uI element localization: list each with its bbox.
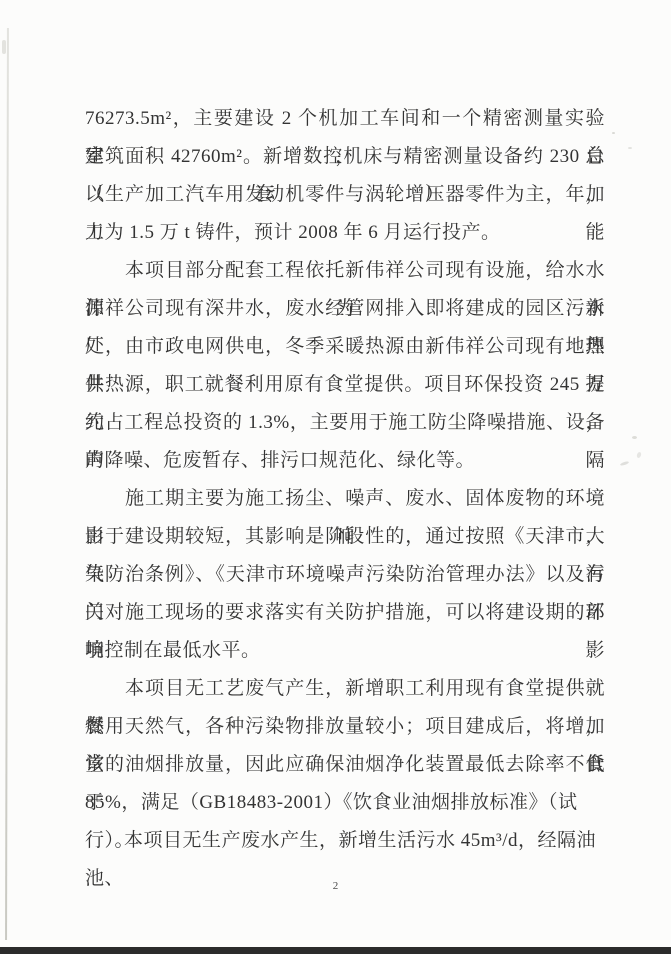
scan-speckle xyxy=(636,451,642,458)
text-line: 染防治条例》、《天津市环境噪声污染防治管理办法》以及有关部 xyxy=(85,556,605,594)
text-line: 伟祥公司现有深井水，废水经管网排入即将建成的园区污水处理 xyxy=(85,290,605,328)
text-line: 堂的油烟排放量，因此应确保油烟净化装置最低去除率不低于 xyxy=(85,746,605,784)
scan-edge-line xyxy=(5,28,9,940)
text-line: 建筑面积 42760m²。新增数控机床与精密测量设备约 230 台（套）， xyxy=(85,138,605,176)
scan-speckle xyxy=(612,132,615,134)
text-line: 以生产加工汽车用发动机零件与涡轮增压器零件为主，年加工能 xyxy=(85,176,605,214)
text-line: 85%，满足（GB18483-2001）《饮食业油烟排放标准》（试行）。 xyxy=(85,784,605,822)
body-text: 76273.5m²，主要建设 2 个机加工车间和一个精密测量实验室，总 建筑面积… xyxy=(85,100,605,860)
page-number: 2 xyxy=(0,880,671,892)
text-line: 厂，由市政电网供电，冬季采暖热源由新伟祥公司现有地热井提 xyxy=(85,328,605,366)
text-line: 76273.5m²，主要建设 2 个机加工车间和一个精密测量实验室，总 xyxy=(85,100,605,138)
scan-speckle xyxy=(632,436,637,439)
scan-speckle xyxy=(620,461,629,467)
document-page: 76273.5m²，主要建设 2 个机加工车间和一个精密测量实验室，总 建筑面积… xyxy=(0,0,671,954)
text-line: 本项目部分配套工程依托新伟祥公司现有设施，给水水源为新 xyxy=(85,252,605,290)
text-line: 供热源，职工就餐利用原有食堂提供。项目环保投资 245 万元， xyxy=(85,366,605,404)
text-line: 燃用天然气，各种污染物排放量较小；项目建成后，将增加该食 xyxy=(85,708,605,746)
text-line: 门对施工现场的要求落实有关防护措施，可以将建设期的环境影 xyxy=(85,594,605,632)
text-line: 由于建设期较短，其影响是阶段性的，通过按照《天津市大气污 xyxy=(85,518,605,556)
text-line: 施工期主要为施工扬尘、噪声、废水、固体废物的环境影响， xyxy=(85,480,605,518)
text-line: 约占工程总投资的 1.3%，主要用于施工防尘降噪措施、设备的隔 xyxy=(85,404,605,442)
scan-speckle xyxy=(628,147,632,149)
scan-bottom-bar xyxy=(0,947,671,954)
text-line: 本项目无生产废水产生，新增生活污水 45m³/d，经隔油池、 xyxy=(85,822,605,860)
text-line: 本项目无工艺废气产生，新增职工利用现有食堂提供就餐， xyxy=(85,670,605,708)
scan-speckle xyxy=(2,40,6,54)
